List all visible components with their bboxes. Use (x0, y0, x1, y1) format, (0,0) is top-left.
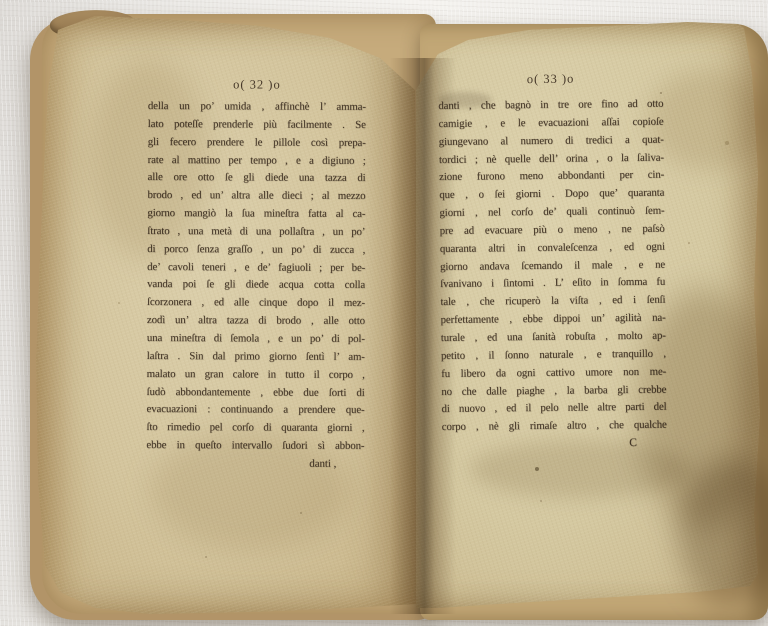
right-page-text-column: o( 33 )o danti , che bagnò in tre ore fi… (438, 70, 667, 455)
text-line: gli fecero prendere le pillole così prep… (148, 134, 366, 153)
text-line: vanda poi ſe gli diede acqua cotta colla (147, 276, 365, 295)
text-line: giorno andava ſcemando il male , e ne (440, 256, 665, 276)
text-line: giungevano al numero di tredici a quat- (439, 131, 664, 151)
text-line: tordici ; nè quelle dell’ orina , o la ſ… (439, 149, 664, 169)
text-line: tale , che ricuperò la viſta , ed i ſenſ… (440, 292, 665, 312)
text-line: ſvanivano i ſintomi . L’ eſito in ſomma … (440, 274, 665, 294)
text-line: rate al mattino per tempo , e a digiuno … (148, 152, 366, 171)
text-line: lato poteſſe prenderle più facilmente . … (148, 116, 366, 135)
text-line: giorni , nel corſo de’ quali continuò ſe… (439, 203, 664, 223)
text-line: ſudò abbondantemente , ebbe due ſorti di (147, 383, 365, 402)
left-page-text-column: o( 32 )o della un po’ umida , affinchè l… (146, 76, 366, 474)
text-line: petito , il ſonno naturale , e tranquill… (441, 345, 666, 365)
text-line: fu libero da ogni cattivo umore non me- (441, 363, 666, 383)
text-line: corpo , nè gli rimaſe altro , che qualch… (442, 417, 667, 437)
signature-mark: C (442, 435, 667, 455)
left-page-body-text: della un po’ umida , affinchè l’ amma-la… (146, 98, 366, 456)
text-line: ſtrato , una metà di una pollaſtra , un … (147, 223, 365, 242)
text-line: alle ore otto ſe gli diede una tazza di (148, 169, 366, 188)
text-line: della un po’ umida , affinchè l’ amma- (148, 98, 366, 117)
catchword: danti , (146, 455, 364, 474)
text-line: zodì un’ altra tazza di brodo , alle ott… (147, 312, 365, 331)
text-line: turale , ed una ſanità robuſta , molto a… (441, 328, 666, 348)
right-page-body-text: danti , che bagnò in tre ore fino ad ott… (438, 96, 667, 437)
photo-open-antique-book: o( 32 )o della un po’ umida , affinchè l… (0, 0, 768, 626)
text-line: que , o ſei giorni . Dopo que’ quaranta (439, 185, 664, 205)
text-line: di nuovo , ed il pelo nelle altre parti … (441, 399, 666, 419)
foxing-specks (0, 0, 2, 2)
text-line: di porco ſenza graſſo , un po’ di zucca … (147, 241, 365, 260)
text-line: laſtra . Sin dal primo giorno ſentì l’ a… (147, 348, 365, 367)
right-page-number: o( 33 )o (438, 70, 663, 98)
text-line: perfettamente , ebbe dippoi un’ agilità … (441, 310, 666, 330)
text-line: malato un gran calore in tutto il corpo … (147, 366, 365, 385)
text-line: giorno mangiò la ſua mineſtra fatta al c… (147, 205, 365, 224)
text-line: camigie , e le evacuazioni aſſai copioſe (438, 113, 663, 133)
text-line: zione furono meno abbondanti per cin- (439, 167, 664, 187)
left-page-number: o( 32 )o (148, 76, 366, 99)
text-line: ſto rimedio pel corſo di quaranta giorni… (146, 419, 364, 438)
text-line: una mineſtra di ſemola , e un po’ di pol… (147, 330, 365, 349)
text-line: evacuazioni : continuando a prendere que… (147, 401, 365, 420)
text-line: de’ cavoli teneri , e de’ fagiuoli ; per… (147, 259, 365, 278)
text-line: brodo , ed un’ altra alle dieci ; al mez… (147, 187, 365, 206)
text-line: danti , che bagnò in tre ore fino ad ott… (438, 96, 663, 116)
text-line: no che dalle piaghe , la barba gli crebb… (441, 381, 666, 401)
text-line: ſcorzonera , ed alle cinque dopo il mez- (147, 294, 365, 313)
text-line: pre ad evacuare più o meno , ne paſsò (440, 221, 665, 241)
text-line: ebbe in queſto intervallo ſudori sì abbo… (146, 437, 364, 456)
text-line: quaranta altri in convaleſcenza , ed ogn… (440, 238, 665, 258)
